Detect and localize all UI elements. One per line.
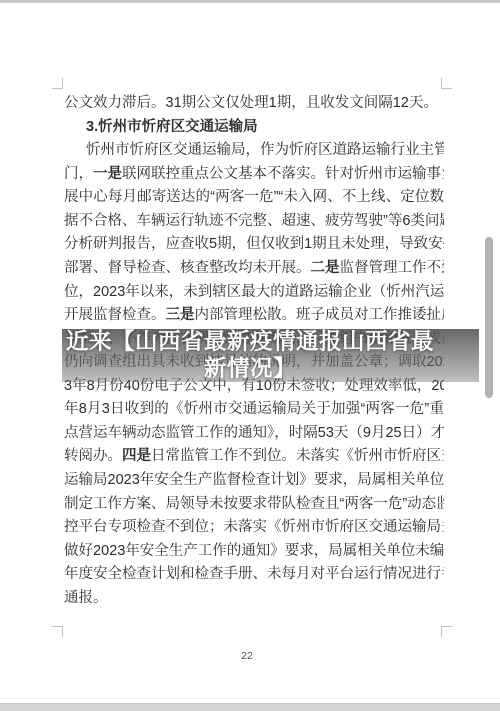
text-segment: 内部管理松散。班子成员对工作推诿扯皮， bbox=[195, 307, 445, 323]
text-line: 忻州市忻府区交通运输局，作为忻府区道路运输行业主管部 bbox=[64, 139, 444, 163]
page-top-edge bbox=[0, 0, 500, 3]
text-segment-bold: 二是 bbox=[311, 260, 340, 276]
text-line: 运输局2023年安全生产监督检查计划》要求，局属相关单位未 bbox=[64, 469, 444, 493]
headline-title-line1: 近来【山西省最新疫情通报山西省最 bbox=[0, 329, 500, 356]
text-line: 控平台专项检查不到位；未落实《忻州市忻府区交通运输局关于 bbox=[64, 516, 444, 540]
text-segment: 忻州市忻府区交通运输局，作为忻府区道路运输行业主管部 bbox=[86, 142, 444, 158]
text-segment: 年度安全检查计划和检查手册、未每月对平台运行情况进行考核 bbox=[64, 566, 444, 582]
text-segment-bold: 一是 bbox=[93, 166, 122, 182]
text-line: 年8月3日收到的《忻州市交通运输局关于加强“两客一危”重 bbox=[64, 398, 444, 422]
text-line: 部署、督导检查、核查整改均未开展。二是监督管理工作不到 bbox=[64, 257, 444, 281]
text-segment: 点营运车辆动态监管工作的通知》，时隔53天（9月25日）才批 bbox=[64, 425, 444, 441]
text-segment: 部署、督导检查、核查整改均未开展。 bbox=[64, 260, 311, 276]
text-segment: 做好2023年安全生产工作的通知》要求，局属相关单位未编制 bbox=[64, 543, 444, 559]
text-segment: 展中心每月邮寄送达的“两客一危”“未入网、不上线、定位数 bbox=[64, 189, 444, 205]
text-line: 年度安全检查计划和检查手册、未每月对平台运行情况进行考核 bbox=[64, 563, 444, 587]
text-segment: 联网联控重点公文基本不落实。针对忻州市运输事业发 bbox=[122, 166, 444, 182]
text-segment: 位，2023年以来，未到辖区最大的道路运输企业（忻州汽运） bbox=[64, 284, 444, 300]
text-segment: 通报。 bbox=[64, 590, 108, 606]
text-segment-bold: 四是 bbox=[122, 448, 151, 464]
text-line: 点营运车辆动态监管工作的通知》，时隔53天（9月25日）才批 bbox=[64, 422, 444, 446]
text-line: 做好2023年安全生产工作的通知》要求，局属相关单位未编制 bbox=[64, 540, 444, 564]
headline-overlay-bar: 近来【山西省最新疫情通报山西省最 新情况】 bbox=[62, 329, 479, 382]
text-segment: 开展监督检查。 bbox=[64, 307, 166, 323]
text-segment-bold: 3.忻州市忻府区交通运输局 bbox=[86, 119, 258, 135]
margin-corner-mark-top-right bbox=[441, 78, 452, 89]
text-segment: 控平台专项检查不到位；未落实《忻州市忻府区交通运输局关于 bbox=[64, 519, 444, 535]
margin-corner-mark-top-left bbox=[52, 78, 63, 89]
text-segment: 据不合格、车辆运行轨迹不完整、超速、疲劳驾驶”等6类问题 bbox=[64, 213, 444, 229]
text-line: 开展监督检查。三是内部管理松散。班子成员对工作推诿扯皮， bbox=[64, 304, 444, 328]
text-line: 公文效力滞后。31期公文仅处理1期，且收发文间隔12天。 bbox=[64, 92, 444, 116]
text-segment: 年8月3日收到的《忻州市交通运输局关于加强“两客一危”重 bbox=[64, 401, 444, 417]
text-line: 分析研判报告，应查收5期，但仅收到1期且未处理，导致安排 bbox=[64, 233, 444, 257]
margin-corner-mark-bottom-right bbox=[441, 626, 452, 637]
headline-title-line2: 新情况】 bbox=[0, 356, 500, 383]
text-segment: 运输局2023年安全生产监督检查计划》要求，局属相关单位未 bbox=[64, 472, 444, 488]
text-line: 据不合格、车辆运行轨迹不完整、超速、疲劳驾驶”等6类问题 bbox=[64, 210, 444, 234]
text-line: 门，一是联网联控重点公文基本不落实。针对忻州市运输事业发 bbox=[64, 163, 444, 187]
text-segment: 转阅办。 bbox=[64, 448, 122, 464]
text-line: 位，2023年以来，未到辖区最大的道路运输企业（忻州汽运） bbox=[64, 281, 444, 305]
text-segment: 公文效力滞后。31期公文仅处理1期，且收发文间隔12天。 bbox=[64, 95, 438, 111]
text-line: 转阅办。四是日常监管工作不到位。未落实《忻州市忻府区交通 bbox=[64, 445, 444, 469]
text-segment: 监督管理工作不到 bbox=[340, 260, 445, 276]
text-segment: 制定工作方案、局领导未按要求带队检查且“两客一危”动态监 bbox=[64, 496, 444, 512]
margin-corner-mark-bottom-left bbox=[52, 626, 63, 637]
text-line: 3.忻州市忻府区交通运输局 bbox=[64, 116, 444, 140]
headline-title: 近来【山西省最新疫情通报山西省最 新情况】 bbox=[0, 329, 500, 382]
page-bottom-edge bbox=[0, 703, 500, 711]
text-segment: 门， bbox=[64, 166, 93, 182]
text-line: 制定工作方案、局领导未按要求带队检查且“两客一危”动态监 bbox=[64, 493, 444, 517]
text-segment: 日常监管工作不到位。未落实《忻州市忻府区交通 bbox=[151, 448, 444, 464]
text-line: 展中心每月邮寄送达的“两客一危”“未入网、不上线、定位数 bbox=[64, 186, 444, 210]
text-segment: 分析研判报告，应查收5期，但仅收到1期且未处理，导致安排 bbox=[64, 236, 444, 252]
scrollbar-thumb[interactable] bbox=[485, 237, 493, 398]
text-segment-bold: 三是 bbox=[166, 307, 195, 323]
page-number: 22 bbox=[0, 650, 494, 662]
document-page: 公文效力滞后。31期公文仅处理1期，且收发文间隔12天。3.忻州市忻府区交通运输… bbox=[0, 0, 500, 711]
text-line: 通报。 bbox=[64, 587, 444, 611]
